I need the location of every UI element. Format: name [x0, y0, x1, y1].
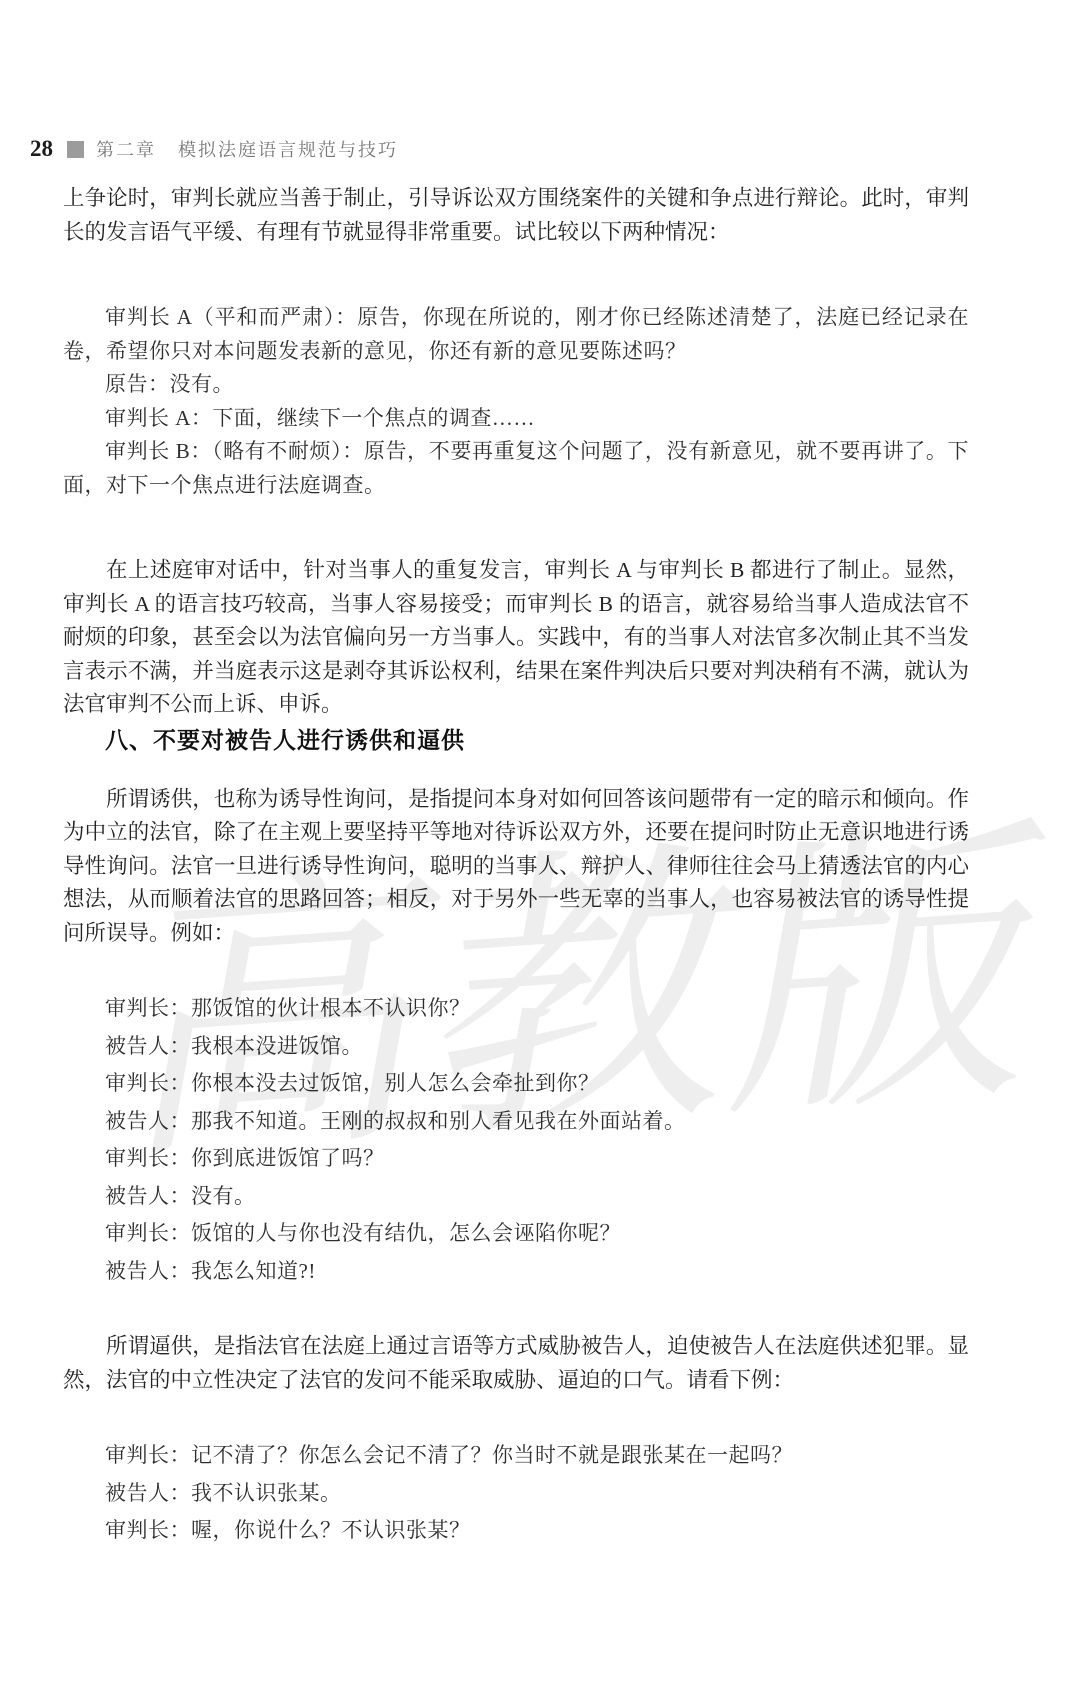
header-square-icon — [67, 141, 84, 158]
dialogue-line-judge-3: 审判长：你到底进饭馆了吗？ — [63, 1140, 969, 1178]
page-header: 28 第二章 模拟法庭语言规范与技巧 — [30, 136, 398, 162]
paragraph-coercion: 所谓逼供，是指法官在法庭上通过言语等方式威胁被告人，迫使被告人在法庭供述犯罪。显… — [63, 1330, 969, 1397]
dialogue-line-judge-4: 审判长：饭馆的人与你也没有结仇，怎么会诬陷你呢？ — [63, 1215, 969, 1253]
book-page: 高教版 28 第二章 模拟法庭语言规范与技巧 上争论时，审判长就应当善于制止，引… — [0, 0, 1080, 1698]
dialogue-example-ab: 审判长 A（平和而严肃）：原告，你现在所说的，刚才你已经陈述清楚了，法庭已经记录… — [63, 301, 969, 502]
dialogue-line-plaintiff: 原告：没有。 — [63, 368, 969, 402]
dialogue-line-defendant-4: 被告人：我怎么知道?! — [63, 1253, 969, 1291]
dialogue-line-judge-1: 审判长：那饭馆的伙计根本不认识你？ — [63, 990, 969, 1028]
dialogue-line-defendant-5: 被告人：我不认识张某。 — [63, 1475, 969, 1513]
dialogue-line-judge-a-1: 审判长 A（平和而严肃）：原告，你现在所说的，刚才你已经陈述清楚了，法庭已经记录… — [63, 301, 969, 368]
dialogue-line-defendant-1: 被告人：我根本没进饭馆。 — [63, 1028, 969, 1066]
dialogue-line-judge-2: 审判长：你根本没去过饭馆，别人怎么会牵扯到你？ — [63, 1065, 969, 1103]
dialogue-line-defendant-2: 被告人：那我不知道。王刚的叔叔和别人看见我在外面站着。 — [63, 1103, 969, 1141]
page-number: 28 — [30, 136, 53, 162]
dialogue-example-zhang: 审判长：记不清了？你怎么会记不清了？你当时不就是跟张某在一起吗？ 被告人：我不认… — [63, 1437, 969, 1550]
paragraph-inducement: 所谓诱供，也称为诱导性询问，是指提问本身对如何回答该问题带有一定的暗示和倾向。作… — [63, 783, 969, 951]
paragraph-continuation: 上争论时，审判长就应当善于制止，引导诉讼双方围绕案件的关键和争点进行辩论。此时，… — [63, 182, 969, 249]
section-heading-eight: 八、不要对被告人进行诱供和逼供 — [63, 722, 969, 755]
dialogue-line-judge-5: 审判长：记不清了？你怎么会记不清了？你当时不就是跟张某在一起吗？ — [63, 1437, 969, 1475]
chapter-label: 第二章 — [96, 136, 156, 162]
chapter-title: 模拟法庭语言规范与技巧 — [178, 136, 398, 162]
dialogue-line-defendant-3: 被告人：没有。 — [63, 1178, 969, 1216]
page-content: 上争论时，审判长就应当善于制止，引导诉讼双方围绕案件的关键和争点进行辩论。此时，… — [63, 182, 969, 1550]
paragraph-analysis: 在上述庭审对话中，针对当事人的重复发言，审判长 A 与审判长 B 都进行了制止。… — [63, 554, 969, 722]
dialogue-line-judge-6: 审判长：喔，你说什么？不认识张某？ — [63, 1512, 969, 1550]
dialogue-line-judge-a-2: 审判长 A：下面，继续下一个焦点的调查…… — [63, 402, 969, 436]
dialogue-line-judge-b: 审判长 B：（略有不耐烦）：原告，不要再重复这个问题了，没有新意见，就不要再讲了… — [63, 435, 969, 502]
dialogue-example-restaurant: 审判长：那饭馆的伙计根本不认识你？ 被告人：我根本没进饭馆。 审判长：你根本没去… — [63, 990, 969, 1290]
